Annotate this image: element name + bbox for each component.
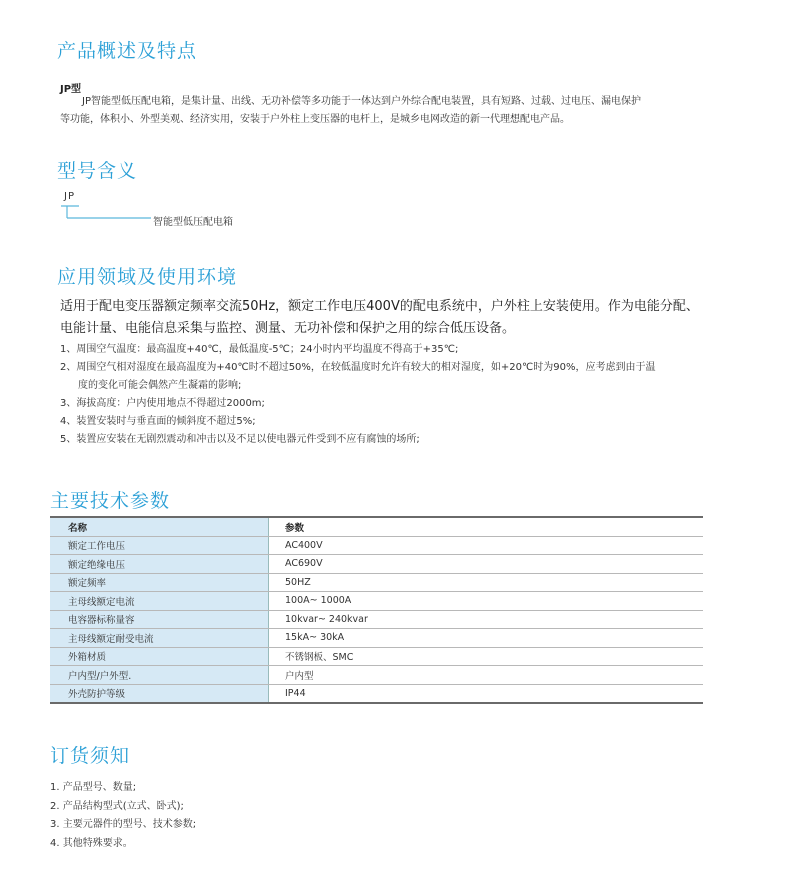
param-name: 主母线额定电流 [50,592,269,611]
param-name: 外箱材质 [50,647,269,666]
param-name: 额定频率 [50,573,269,592]
order-item: 1. 产品型号、数量; [50,779,196,798]
overview-line-1-text: JP智能型低压配电箱，是集计量、出线、无功补偿等多功能于一体达到户外综合配电装置… [82,96,641,107]
table-row: 额定工作电压AC400V [50,536,703,555]
table-row: 额定频率50HZ [50,573,703,592]
model-bracket-icon [61,205,151,219]
header-value: 参数 [269,517,704,536]
param-name: 主母线额定耐受电流 [50,629,269,648]
section-title-order: 订货须知 [50,741,130,768]
param-name: 额定绝缘电压 [50,555,269,574]
param-value: IP44 [269,684,704,703]
condition-item: 4、装置安装时与垂直面的倾斜度不超过5%; [60,413,750,431]
param-name: 户内型/户外型. [50,666,269,685]
table-row: 主母线额定耐受电流15kA~ 30kA [50,629,703,648]
param-name: 额定工作电压 [50,536,269,555]
param-value: 15kA~ 30kA [269,629,704,648]
section-title-model: 型号含义 [57,156,137,183]
param-name: 电容器标称量容 [50,610,269,629]
params-table: 名称 参数 额定工作电压AC400V 额定绝缘电压AC690V 额定频率50HZ… [50,516,703,704]
table-row: 主母线额定电流100A~ 1000A [50,592,703,611]
conditions-list: 1、周围空气温度：最高温度+40℃，最低温度-5℃；24小时内平均温度不得高于+… [60,341,750,449]
param-value: 10kvar~ 240kvar [269,610,704,629]
section-title-overview: 产品概述及特点 [57,36,197,63]
table-row: 电容器标称量容10kvar~ 240kvar [50,610,703,629]
param-value: 不锈钢板、SMC [269,647,704,666]
condition-item: 1、周围空气温度：最高温度+40℃，最低温度-5℃；24小时内平均温度不得高于+… [60,341,750,359]
section-title-params: 主要技术参数 [50,486,170,513]
table-row: 户内型/户外型.户内型 [50,666,703,685]
condition-text: 1、周围空气温度：最高温度+40℃，最低温度-5℃；24小时内平均温度不得高于+… [60,344,458,355]
header-name: 名称 [50,517,269,536]
table-row: 外箱材质不锈钢板、SMC [50,647,703,666]
param-value: 100A~ 1000A [269,592,704,611]
condition-item: 5、装置应安装在无剧烈震动和冲击以及不足以使电器元件受到不应有腐蚀的场所; [60,431,750,449]
application-intro: 适用于配电变压器额定频率交流50Hz，额定工作电压400V的配电系统中，户外柱上… [60,296,750,340]
table-header-row: 名称 参数 [50,517,703,536]
param-value: AC400V [269,536,704,555]
condition-text: 4、装置安装时与垂直面的倾斜度不超过5%; [60,416,256,427]
param-value: 50HZ [269,573,704,592]
model-code: JP [64,191,75,202]
application-intro-line-2: 电能计量、电能信息采集与监控、测量、无功补偿和保护之用的综合低压设备。 [60,318,750,340]
model-description: 智能型低压配电箱 [153,213,233,228]
param-value: AC690V [269,555,704,574]
condition-item: 2、周围空气相对湿度在最高温度为+40℃时不超过50%，在较低温度时允许有较大的… [60,359,750,395]
condition-text: 5、装置应安装在无剧烈震动和冲击以及不足以使电器元件受到不应有腐蚀的场所; [60,434,420,445]
param-value: 户内型 [269,666,704,685]
param-name: 外壳防护等级 [50,684,269,703]
condition-item: 3、海拔高度：户内使用地点不得超过2000m; [60,395,750,413]
condition-text: 2、周围空气相对湿度在最高温度为+40℃时不超过50%，在较低温度时允许有较大的… [60,362,655,373]
overview-paragraph: JP智能型低压配电箱，是集计量、出线、无功补偿等多功能于一体达到户外综合配电装置… [60,93,740,129]
condition-text: 3、海拔高度：户内使用地点不得超过2000m; [60,398,265,409]
overview-line-1: JP智能型低压配电箱，是集计量、出线、无功补偿等多功能于一体达到户外综合配电装置… [60,93,740,111]
order-list: 1. 产品型号、数量; 2. 产品结构型式(立式、卧式); 3. 主要元器件的型… [50,779,196,853]
order-item: 2. 产品结构型式(立式、卧式); [50,798,196,817]
order-item: 4. 其他特殊要求。 [50,835,196,854]
application-intro-line-1: 适用于配电变压器额定频率交流50Hz，额定工作电压400V的配电系统中，户外柱上… [60,296,750,318]
section-title-application: 应用领域及使用环境 [57,262,237,289]
order-item: 3. 主要元器件的型号、技术参数; [50,816,196,835]
condition-continuation: 度的变化可能会偶然产生凝霜的影响; [60,377,750,395]
overview-line-2: 等功能，体积小、外型美观、经济实用，安装于户外柱上变压器的电杆上，是城乡电网改造… [60,111,740,129]
table-row: 额定绝缘电压AC690V [50,555,703,574]
table-row: 外壳防护等级IP44 [50,684,703,703]
